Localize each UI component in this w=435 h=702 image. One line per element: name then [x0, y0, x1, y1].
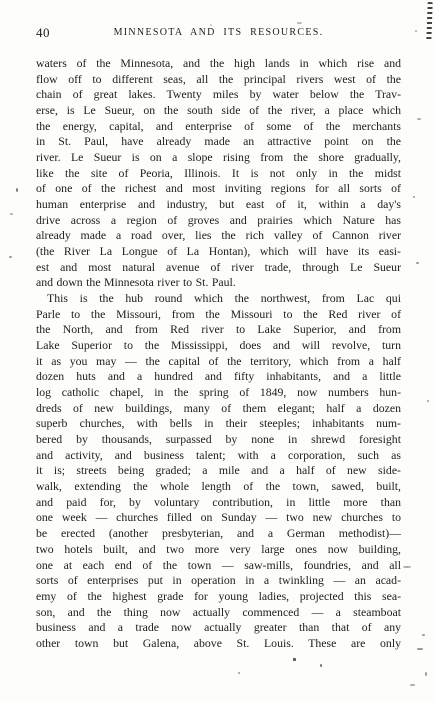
text-line: Parle to the Missouri, from the Missouri… [36, 307, 401, 323]
text-line: it is; streets being graded; a mile and … [36, 463, 401, 479]
text-line: erse, is Le Sueur, on the south side of … [36, 103, 401, 119]
text-line: two hotels built, and two more very larg… [36, 542, 401, 558]
scan-speck [210, 24, 212, 26]
text-line: Lake Superior to the Mississippi, does a… [36, 338, 401, 354]
text-line: son, and the thing now actually commence… [36, 605, 401, 621]
text-line: and paid for, by voluntary contribution,… [36, 495, 401, 511]
scan-speck [427, 400, 429, 402]
scan-speck [238, 672, 240, 674]
text-line: waters of the Minnesota, and the high la… [36, 56, 401, 72]
text-line: one at each end of the town — saw-mills,… [36, 558, 401, 574]
page-edge-smudge [426, 2, 432, 42]
text-line: drive across a region of groves and prai… [36, 213, 401, 229]
text-line: (the River La Longue of La Hontan), whic… [36, 244, 401, 260]
text-line: est and most natural avenue of river tra… [36, 260, 401, 276]
scan-speck [413, 196, 415, 198]
text-line: sorts of enterprises put in operation in… [36, 573, 401, 589]
running-title: MINNESOTA AND ITS RESOURCES. [36, 24, 401, 38]
text-line: the energy, capital, and enterprise of s… [36, 119, 401, 135]
text-line: dozen huts and a hundred and fifty inhab… [36, 369, 401, 385]
text-line: dreds of new buildings, many of them ele… [36, 401, 401, 417]
text-line: it as you may — the capital of the terri… [36, 354, 401, 370]
scan-speck [417, 118, 421, 120]
text-line: and down the Minnesota river to St. Paul… [36, 275, 401, 291]
text-line: business and a trade now actually greate… [36, 620, 401, 636]
scan-speck [425, 672, 427, 676]
text-line: other town but Galena, above St. Louis. … [36, 636, 401, 652]
page-number: 40 [36, 25, 50, 41]
scan-speck [293, 658, 296, 661]
scan-speck [9, 256, 12, 258]
text-line: like the site of Peoria, Illinois. It is… [36, 166, 401, 182]
text-line: river. Le Sueur is on a slope rising fro… [36, 150, 401, 166]
text-line: chain of great lakes. Twenty miles by wa… [36, 87, 401, 103]
text-line: emy of the highest grade for young ladie… [36, 589, 401, 605]
scan-speck [410, 684, 415, 686]
scan-speck [416, 262, 419, 264]
text-line: superb churches, with bells in their ste… [36, 416, 401, 432]
text-line: walk, extending the whole length of the … [36, 479, 401, 495]
scan-speck [10, 213, 13, 215]
text-line: This is the hub round which the northwes… [36, 291, 401, 307]
text-line: of one of the richest and most inviting … [36, 181, 401, 197]
text-line: human enterprise and industry, but east … [36, 197, 401, 213]
scan-speck [16, 188, 18, 192]
scan-speck [297, 22, 302, 24]
text-line: the North, and from Red river to Lake Su… [36, 322, 401, 338]
scan-speck [415, 30, 417, 32]
text-line: already made a road over, lies the rich … [36, 228, 401, 244]
scan-speck [320, 664, 322, 667]
scan-speck [422, 634, 425, 636]
page-header: 40 MINNESOTA AND ITS RESOURCES. [36, 24, 401, 42]
text-line: flow off to different seas, all the prin… [36, 72, 401, 88]
text-line: in St. Paul, have already made an attrac… [36, 134, 401, 150]
text-line: log catholic chapel, in the spring of 18… [36, 385, 401, 401]
book-page: 40 MINNESOTA AND ITS RESOURCES. waters o… [0, 0, 435, 702]
scan-speck [403, 566, 411, 568]
text-line: one week — churches filled on Sunday — t… [36, 510, 401, 526]
scan-speck [417, 648, 423, 650]
page-body-text: waters of the Minnesota, and the high la… [36, 56, 401, 652]
text-line: bered by thousands, surpassed by none in… [36, 432, 401, 448]
text-line: be erected (another presbyterian, and a … [36, 526, 401, 542]
text-line: and activity, and business talent; with … [36, 448, 401, 464]
